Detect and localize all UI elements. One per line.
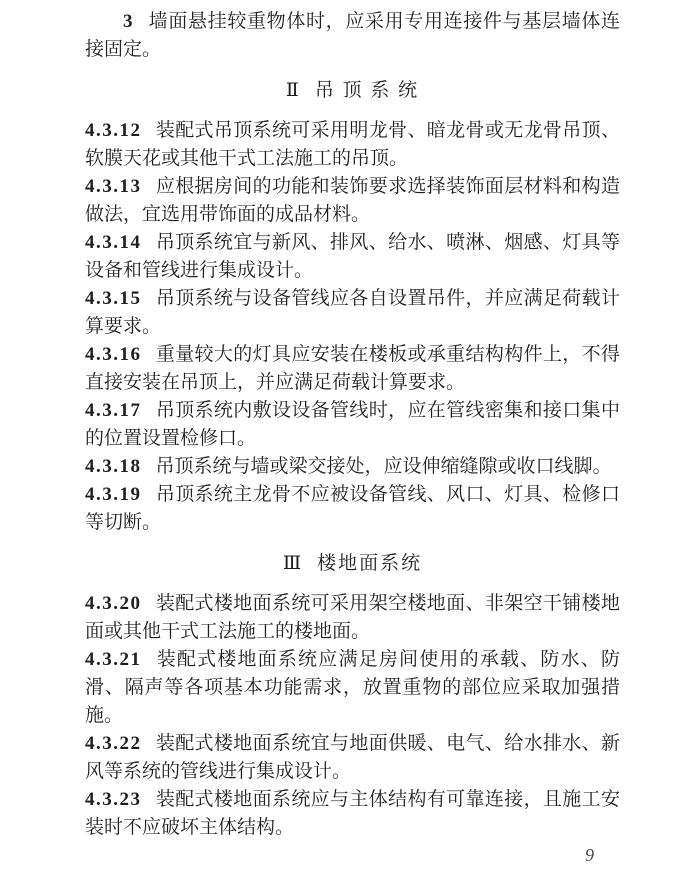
clause-text: 装配式吊顶系统可采用明龙骨、暗龙骨或无龙骨吊顶、软膜天花或其他干式工法施工的吊顶…: [85, 120, 620, 169]
clause-number: 4.3.12: [85, 120, 142, 141]
clause-paragraph: 4.3.13应根据房间的功能和装饰要求选择装饰面层材料和构造做法，宜选用带饰面的…: [85, 173, 620, 229]
clause-text: 吊顶系统与墙或梁交接处，应设伸缩缝隙或收口线脚。: [156, 456, 612, 477]
clause-text: 装配式楼地面系统应与主体结构有可靠连接，且施工安装时不应破坏主体结构。: [85, 789, 620, 838]
clause-paragraph: 4.3.22装配式楼地面系统宜与地面供暖、电气、给水排水、新风等系统的管线进行集…: [85, 730, 620, 786]
clause-text: 装配式楼地面系统应满足房间使用的承载、防水、防滑、隔声等各项基本功能需求，放置重…: [85, 649, 620, 726]
clause-text: 墙面悬挂较重物体时，应采用专用连接件与基层墙体连接固定。: [85, 11, 620, 60]
clause-paragraph: 4.3.15吊顶系统与设备管线应各自设置吊件，并应满足荷载计算要求。: [85, 285, 620, 341]
clause-text: 吊顶系统内敷设设备管线时，应在管线密集和接口集中的位置设置检修口。: [85, 400, 620, 449]
section-title: 楼地面系统: [317, 553, 422, 574]
page-content: 3墙面悬挂较重物体时，应采用专用连接件与基层墙体连接固定。 Ⅱ吊 顶 系 统 4…: [85, 8, 620, 842]
clause-text: 吊顶系统主龙骨不应被设备管线、风口、灯具、检修口等切断。: [85, 484, 620, 533]
document-page: 3墙面悬挂较重物体时，应采用专用连接件与基层墙体连接固定。 Ⅱ吊 顶 系 统 4…: [0, 0, 700, 878]
clause-number: 4.3.22: [85, 733, 142, 754]
clause-number: 4.3.23: [85, 789, 142, 810]
clause-paragraph: 4.3.20装配式楼地面系统可采用架空楼地面、非架空干铺楼地面或其他干式工法施工…: [85, 590, 620, 646]
page-number: 9: [585, 845, 594, 866]
section-number: Ⅱ: [286, 80, 299, 101]
section-heading-ceiling: Ⅱ吊 顶 系 统: [85, 77, 620, 105]
clause-number: 4.3.19: [85, 484, 142, 505]
clause-paragraph: 4.3.18吊顶系统与墙或梁交接处，应设伸缩缝隙或收口线脚。: [85, 453, 620, 481]
section-heading-floor: Ⅲ楼地面系统: [85, 550, 620, 578]
clause-text: 应根据房间的功能和装饰要求选择装饰面层材料和构造做法，宜选用带饰面的成品材料。: [85, 176, 620, 225]
clause-number: 3: [123, 11, 134, 32]
clause-paragraph: 4.3.23装配式楼地面系统应与主体结构有可靠连接，且施工安装时不应破坏主体结构…: [85, 786, 620, 842]
clause-number: 4.3.16: [85, 344, 142, 365]
clause-number: 4.3.17: [85, 400, 142, 421]
clause-text: 吊顶系统与设备管线应各自设置吊件，并应满足荷载计算要求。: [85, 288, 620, 337]
clause-text: 吊顶系统宜与新风、排风、给水、喷淋、烟感、灯具等设备和管线进行集成设计。: [85, 232, 620, 281]
clause-paragraph: 3墙面悬挂较重物体时，应采用专用连接件与基层墙体连接固定。: [85, 8, 620, 64]
clause-number: 4.3.20: [85, 593, 142, 614]
section-title: 吊 顶 系 统: [315, 80, 419, 101]
clause-paragraph: 4.3.14吊顶系统宜与新风、排风、给水、喷淋、烟感、灯具等设备和管线进行集成设…: [85, 229, 620, 285]
clause-text: 装配式楼地面系统宜与地面供暖、电气、给水排水、新风等系统的管线进行集成设计。: [85, 733, 620, 782]
clause-paragraph: 4.3.17吊顶系统内敷设设备管线时，应在管线密集和接口集中的位置设置检修口。: [85, 397, 620, 453]
clause-paragraph: 4.3.19吊顶系统主龙骨不应被设备管线、风口、灯具、检修口等切断。: [85, 481, 620, 537]
clause-number: 4.3.13: [85, 176, 142, 197]
clause-number: 4.3.14: [85, 232, 142, 253]
clause-paragraph: 4.3.21装配式楼地面系统应满足房间使用的承载、防水、防滑、隔声等各项基本功能…: [85, 646, 620, 730]
clause-text: 装配式楼地面系统可采用架空楼地面、非架空干铺楼地面或其他干式工法施工的楼地面。: [85, 593, 620, 642]
clause-number: 4.3.15: [85, 288, 142, 309]
clause-paragraph: 4.3.12装配式吊顶系统可采用明龙骨、暗龙骨或无龙骨吊顶、软膜天花或其他干式工…: [85, 117, 620, 173]
section-number: Ⅲ: [283, 553, 301, 574]
clause-text: 重量较大的灯具应安装在楼板或承重结构构件上，不得直接安装在吊顶上，并应满足荷载计…: [85, 344, 620, 393]
clause-number: 4.3.18: [85, 456, 142, 477]
clause-paragraph: 4.3.16重量较大的灯具应安装在楼板或承重结构构件上，不得直接安装在吊顶上，并…: [85, 341, 620, 397]
clause-number: 4.3.21: [85, 649, 142, 670]
